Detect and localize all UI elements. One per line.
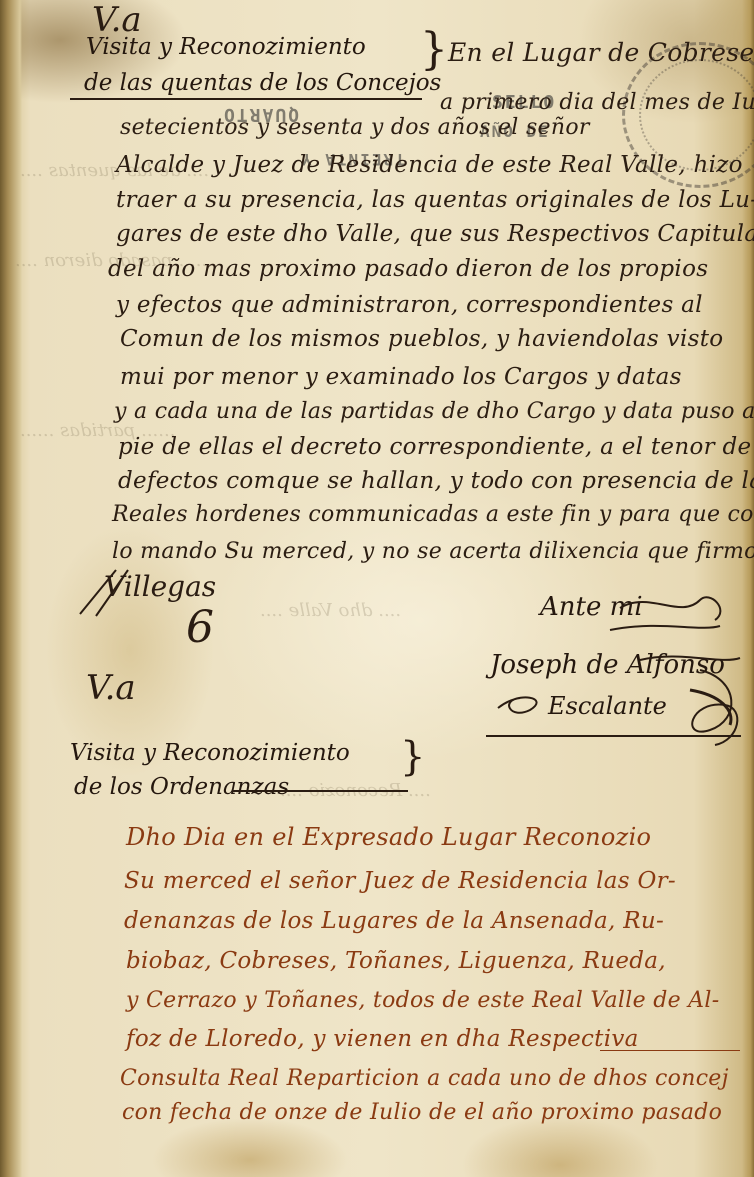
body-line: y Cerrazo y Toñanes, todos de este Real … [126, 986, 719, 1016]
body-line: y efectos que administraron, correspondi… [116, 290, 703, 320]
body-line: traer a su presencia, las quentas origin… [116, 185, 754, 215]
body-line: del año mas proximo pasado dieron de los… [108, 254, 708, 284]
body-line: biobaz, Cobreses, Toñanes, Liguenza, Rue… [126, 946, 666, 976]
section2-heading-line1: Visita y Reconozimiento [70, 740, 350, 766]
bleed-through-text: .... dho Valle .... [260, 600, 401, 621]
body-line: Dho Dia en el Expresado Lugar Reconozio [126, 822, 651, 852]
body-line: y a cada una de las partidas de dho Carg… [114, 397, 754, 427]
binding-edge [0, 0, 22, 1177]
marginal-number: 6 [186, 602, 214, 653]
body-line: mui por menor y examinado los Cargos y d… [120, 362, 682, 392]
body-line: setecientos y sesenta y dos años el seño… [120, 113, 590, 143]
body-line: lo mando Su merced, y no se acerta dilix… [112, 537, 754, 567]
body-line: Consulta Real Reparticion a cada uno de … [120, 1064, 729, 1094]
body-line: gares de este dho Valle, que sus Respect… [116, 219, 754, 249]
body-line: denanzas de los Lugares de la Ansenada, … [124, 906, 664, 936]
section1-heading-line1: Visita y Reconozimiento [86, 34, 366, 60]
heading-underline [70, 98, 422, 100]
heading-brace: } [420, 28, 448, 72]
body-line: defectos comque se hallan, y todo con pr… [118, 466, 754, 496]
line-underline [600, 1050, 740, 1051]
body-line: Comun de los mismos pueblos, y haviendol… [120, 324, 723, 354]
section1-heading-line2: de las quentas de los Concejos [84, 70, 441, 96]
body-line: Reales hordenes communicadas a este fin … [112, 500, 754, 530]
heading-brace: } [400, 735, 425, 779]
body-line: con fecha de onze de Iulio de el año pro… [122, 1098, 722, 1128]
section2-heading-line2: de los Ordenanzas [74, 774, 289, 800]
body-line: pie de ellas el decreto correspondiente,… [118, 432, 754, 462]
marginal-mark: V.a [86, 668, 136, 708]
body-line: foz de Lloredo, y vienen en dha Respecti… [126, 1024, 639, 1054]
name-slash-flourish [76, 568, 136, 618]
manuscript-page: .... de las quentas .... ...... pasado d… [0, 0, 754, 1177]
body-line: Alcalde y Juez de Residencia de este Rea… [116, 150, 743, 180]
body-line: Su merced el señor Juez de Residencia la… [124, 866, 676, 896]
signature-rubric-icon [490, 580, 754, 750]
heading-underline [232, 790, 408, 792]
body-line: En el Lugar de Cobreses [448, 38, 754, 68]
